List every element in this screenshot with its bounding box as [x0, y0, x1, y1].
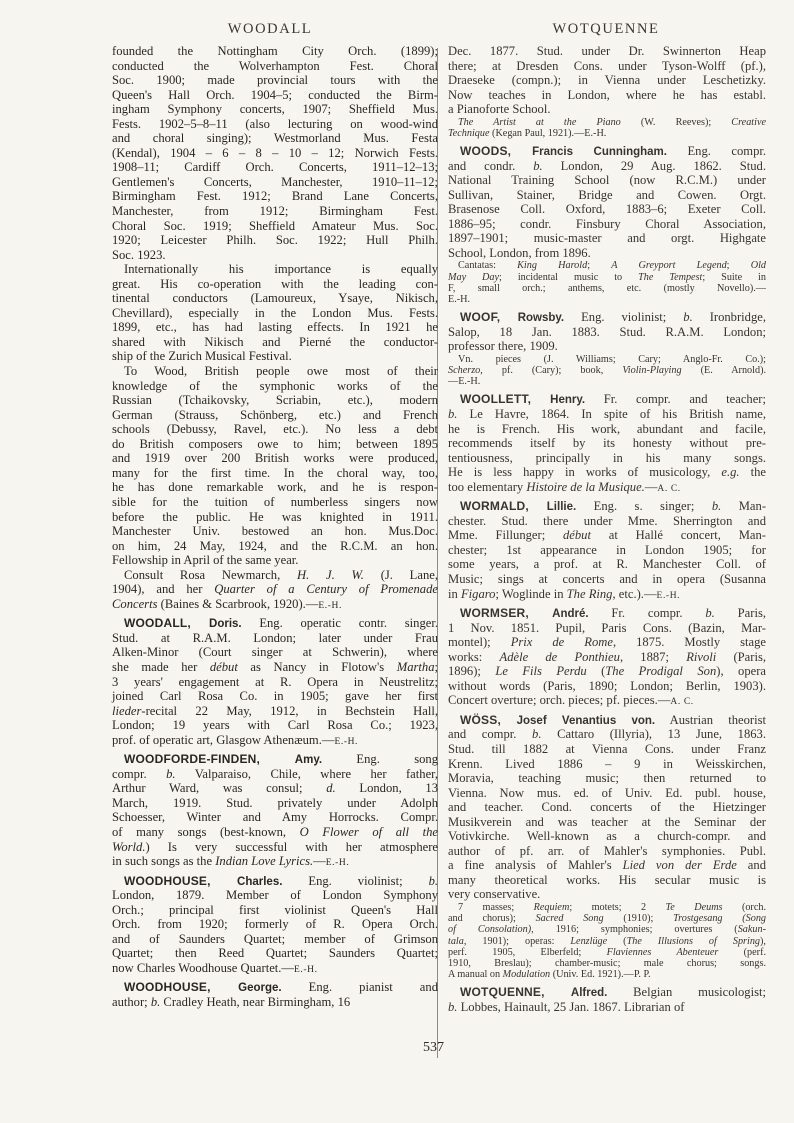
text-line: and 1919 over 200 British works were pro… [112, 451, 438, 466]
paragraph-gap [112, 1010, 438, 1015]
text-line: Russian (Tchaikovsky, Scriabin, etc.), m… [112, 393, 438, 408]
works-list-line: Vn. pieces (J. Williams; Cary; Anglo-Fr.… [448, 354, 766, 365]
text-line: 1897–1901; music-master and orgt. Highga… [448, 231, 766, 246]
text-line: German (Strauss, Schönberg, etc.) and Fr… [112, 408, 438, 423]
author-signature: E.-H. [326, 858, 350, 868]
text-line: School, London, from 1896. [448, 246, 766, 261]
entry-forename: Alfred. [571, 987, 607, 999]
text-line: Orch.; principal first violinist Queen's… [112, 903, 438, 918]
text-line: 3 years' engagement at R. Opera in Neust… [112, 675, 438, 690]
text-line: National Training School (now R.C.M.) un… [448, 173, 766, 188]
text-line: great. His co-operation with the leading… [112, 277, 438, 292]
entry-first-line: WÖSS, Josef Venantius von. Austrian theo… [448, 713, 766, 728]
text-line: chester; 1st appearance in London 1905; … [448, 543, 766, 558]
entry-forename: Charles. [237, 876, 282, 888]
text-line: author; b. Cradley Heath, near Birmingha… [112, 995, 438, 1010]
dictionary-entry: WOOF, Rowsby. Eng. violinist; b. Ironbri… [448, 310, 766, 387]
entry-first-line: WOODALL, Doris. Eng. operatic contr. sin… [112, 616, 438, 631]
text-line: 1920; Leicester Philh. Soc. 1922; Hull P… [112, 233, 438, 248]
text-line: shared with Nikisch and Pierné the condu… [112, 335, 438, 350]
text-line: 1896); Le Fils Perdu (The Prodigal Son),… [448, 664, 766, 679]
works-list-line: and chorus); Sacred Song (1910); Trostge… [448, 913, 766, 924]
right-column: Dec. 1877. Stud. under Dr. Swinnerton He… [448, 44, 766, 1019]
text-line: in such songs as the Indian Love Lyrics.… [112, 854, 438, 869]
text-line: he has done remarkable work, and he is r… [112, 480, 438, 495]
text-line: Krenn. Lived 1886 – 9 in Weisskirchen, [448, 757, 766, 772]
text-line: b. Lobbes, Hainault, 25 Jan. 1867. Libra… [448, 1000, 766, 1015]
text-line: Stud. at R.A.M. London; later under Frau [112, 631, 438, 646]
text-line: sible for the tuition of numberless sing… [112, 495, 438, 510]
text-line: knowledge of the symphonic works of the [112, 379, 438, 394]
text-line: ingham Symphony concerts, 1907; Sheffiel… [112, 102, 438, 117]
dictionary-entry: WORMSER, André. Fr. compr. b. Paris,1 No… [448, 606, 766, 708]
left-column: founded the Nottingham City Orch. (1899)… [112, 44, 438, 1015]
text-line: London; 19 years with Carl Rosa Co.; 192… [112, 718, 438, 733]
dictionary-entry: WORMALD, Lillie. Eng. s. singer; b. Man-… [448, 499, 766, 601]
text-line: Soc. 1900; made provincial tours with th… [112, 73, 438, 88]
text-line: a fine analysis of Mahler's Lied von der… [448, 858, 766, 873]
text-line: author of pf. arr. of Mahler's symphonie… [448, 844, 766, 859]
text-line: before the public. He was knighted in 19… [112, 510, 438, 525]
text-line: he is French. His work, abundant and fac… [448, 422, 766, 437]
consult-line: Concerts (Baines & Scarbrook, 1920).—E.-… [112, 597, 438, 612]
text-line: a Pianoforte School. [448, 102, 766, 117]
author-signature: E.-H. [657, 591, 681, 601]
dictionary-entry: WOODHOUSE, George. Eng. pianist andautho… [112, 980, 438, 1009]
text-line: Manchester Univ. bestowed an hon. Mus.Do… [112, 524, 438, 539]
text-line: founded the Nottingham City Orch. (1899)… [112, 44, 438, 59]
text-line: Arthur Ward, was consul; d. London, 13 [112, 781, 438, 796]
entry-forename: André. [552, 608, 588, 620]
entry-first-line: WOODFORDE-FINDEN, Amy. Eng. song [112, 752, 438, 767]
text-line: very conservative. [448, 887, 766, 902]
text-line: many for the first time. In the choral w… [112, 466, 438, 481]
dictionary-entry: WOODS, Francis Cunningham. Eng. compr.an… [448, 144, 766, 305]
text-line: and of Saunders Quartet; member of Grims… [112, 932, 438, 947]
works-list-line: perf. 1905, Elberfeld; Flaviennes Abente… [448, 947, 766, 958]
text-line: ship of the Zurich Musical Festival. [112, 349, 438, 364]
text-line: He is less happy in works of musicology,… [448, 465, 766, 480]
entry-headword: WOOF, [460, 310, 518, 324]
entry-headword: WOODFORDE-FINDEN, [124, 752, 295, 766]
text-line: London, 1879. Member of London Symphony [112, 888, 438, 903]
text-line: there; at Dresden Cons. under Tyson-Wolf… [448, 59, 766, 74]
text-line: do British composers owe to him; between… [112, 437, 438, 452]
works-list-line: Scherzo, pf. (Cary); book, Violin-Playin… [448, 365, 766, 376]
entry-headword: WORMSER, [460, 606, 552, 620]
works-list-line: of Consolation), 1916; symphonies; overt… [448, 924, 766, 935]
entry-first-line: WORMSER, André. Fr. compr. b. Paris, [448, 606, 766, 621]
text-line: Orch. from 1920; formerly of R. Opera Or… [112, 917, 438, 932]
text-line: prof. of operatic art, Glasgow Athenæum.… [112, 733, 438, 748]
text-line: in Figaro; Woglinde in The Ring, etc.).—… [448, 587, 766, 602]
author-signature: A. C. [657, 484, 680, 494]
text-line: of many songs (best-known, O Flower of a… [112, 825, 438, 840]
text-line: professor there, 1909. [448, 339, 766, 354]
text-line: (Kendal), 1904 – 6 – 8 – 10 – 12; Norwic… [112, 146, 438, 161]
works-list-line: The Artist at the Piano (W. Reeves); Cre… [448, 117, 766, 128]
text-line: she made her début as Nancy in Flotow's … [112, 660, 438, 675]
works-list-line: 7 masses; Requiem; motets; 2 Te Deums (o… [448, 902, 766, 913]
running-head-right: WOTQUENNE [446, 21, 766, 38]
entry-first-line: WOODHOUSE, Charles. Eng. violinist; b. [112, 874, 438, 889]
dictionary-entry: WÖSS, Josef Venantius von. Austrian theo… [448, 713, 766, 980]
text-line: tentiousness, principally in his many so… [448, 451, 766, 466]
text-line: To Wood, British people owe most of thei… [112, 364, 438, 379]
works-list-line: A manual on Modulation (Univ. Ed. 1921).… [448, 969, 766, 980]
dictionary-page: WOODALL WOTQUENNE founded the Nottingham… [0, 0, 794, 1123]
text-line: Manchester, from 1912; Birmingham Fest. [112, 204, 438, 219]
text-line: Gentlemen's Concerts, Manchester, 1910–1… [112, 175, 438, 190]
text-line: Vienna. Now mus. ed. of Univ. Ed. publ. … [448, 786, 766, 801]
dictionary-entry: WOTQUENNE, Alfred. Belgian musicologist;… [448, 985, 766, 1014]
entry-forename: George. [238, 982, 281, 994]
text-line: March, 1919. Stud. privately under Adolp… [112, 796, 438, 811]
text-line: works: Adèle de Ponthieu, 1887; Rivoli (… [448, 650, 766, 665]
text-line: Concert overture; orch. pieces; pf. piec… [448, 693, 766, 708]
text-line: lieder-recital 22 May, 1912, in Bechstei… [112, 704, 438, 719]
page-number: 537 [423, 1040, 444, 1056]
entry-first-line: WOODHOUSE, George. Eng. pianist and [112, 980, 438, 995]
text-line: Stud. till 1882 at Vienna Cons. under Fr… [448, 742, 766, 757]
entry-forename: Rowsby. [518, 312, 564, 324]
entry-first-line: WOOLLETT, Henry. Fr. compr. and teacher; [448, 392, 766, 407]
text-line: Chevillard), especially in the London Mu… [112, 306, 438, 321]
paragraph-gap [448, 1014, 766, 1019]
text-line: Dec. 1877. Stud. under Dr. Swinnerton He… [448, 44, 766, 59]
entry-forename: Lillie. [547, 501, 576, 513]
entry-forename: Josef Venantius von. [517, 715, 656, 727]
text-line: Moravia, teaching music; then returned t… [448, 771, 766, 786]
text-line: Alken-Minor (Court singer at Schwerin), … [112, 645, 438, 660]
text-line: and teacher. Cond. concerts of the Hietz… [448, 800, 766, 815]
text-line: 1908–11; Cardiff Orch. Concerts, 1911–12… [112, 160, 438, 175]
dictionary-entry: WOODHOUSE, Charles. Eng. violinist; b.Lo… [112, 874, 438, 976]
text-line: Brasenose Coll. Oxford, 1883–6; Exeter C… [448, 202, 766, 217]
entry-first-line: WOOF, Rowsby. Eng. violinist; b. Ironbri… [448, 310, 766, 325]
entry-forename: Henry. [550, 394, 585, 406]
consult-line: Consult Rosa Newmarch, H. J. W. (J. Lane… [112, 568, 438, 583]
author-signature: E.-H. [318, 601, 342, 611]
works-list-line: tala, 1901); operas: Lenzlüge (The Illus… [448, 936, 766, 947]
entry-first-line: WOTQUENNE, Alfred. Belgian musicologist; [448, 985, 766, 1000]
text-line: Birmingham Fest. 1912; Brand Lane Concer… [112, 189, 438, 204]
works-list-line: Cantatas: King Harold; A Greyport Legend… [448, 260, 766, 271]
works-list-line: —E.-H. [448, 376, 766, 387]
text-line: chester. Stud. there under Mme. Sherring… [448, 514, 766, 529]
author-signature: E.-H. [294, 965, 318, 975]
works-list-line: Technique (Kegan Paul, 1921).—E.-H. [448, 128, 766, 139]
text-line: World.) Is very successful with her atmo… [112, 840, 438, 855]
text-line: Internationally his importance is equall… [112, 262, 438, 277]
text-line: 1899, etc., has had lasting effects. In … [112, 320, 438, 335]
text-line: some years, a prof. at R. Manchester Col… [448, 557, 766, 572]
works-list-line: May Day; incidental music to The Tempest… [448, 272, 766, 283]
text-line: without words (Paris, 1890; London; Berl… [448, 679, 766, 694]
entry-forename: Amy. [295, 754, 322, 766]
works-list-line: E.-H. [448, 294, 766, 305]
text-line: Fests. 1902–5–8–11 (also lecturing on wo… [112, 117, 438, 132]
text-line: many theoretical works. His secular musi… [448, 873, 766, 888]
text-line: Quartet; then Reed Quartet; Saunders Qua… [112, 946, 438, 961]
entry-headword: WOODHOUSE, [124, 980, 238, 994]
text-line: and condr. b. London, 29 Aug. 1862. Stud… [448, 159, 766, 174]
text-line: Choral Soc. 1919; Sheffield Amateur Mus.… [112, 219, 438, 234]
text-line: Sullivan, Stainer, Bridge and Cowen. Org… [448, 188, 766, 203]
consult-line: 1904), and her Quarter of a Century of P… [112, 582, 438, 597]
text-line: tinental conductors (Lamoureux, Ysaye, N… [112, 291, 438, 306]
entry-forename: Francis Cunningham. [532, 146, 667, 158]
dictionary-entry: WOODALL, Doris. Eng. operatic contr. sin… [112, 616, 438, 747]
dictionary-entry: WOODFORDE-FINDEN, Amy. Eng. songcompr. b… [112, 752, 438, 868]
works-list-line: F, small orch.; anthems, etc. (mostly No… [448, 283, 766, 294]
text-line: conducted the Wolverhampton Fest. Choral [112, 59, 438, 74]
text-line: 1 Nov. 1851. Pupil, Paris Cons. (Bazin, … [448, 621, 766, 636]
dictionary-entry: WOOLLETT, Henry. Fr. compr. and teacher;… [448, 392, 766, 494]
text-line: Music; sings at concerts and in opera (S… [448, 572, 766, 587]
entry-headword: WORMALD, [460, 499, 547, 513]
running-head-left: WOODALL [110, 21, 430, 38]
text-line: Now teaches in London, where he has esta… [448, 88, 766, 103]
text-line: Queen's Hall Orch. 1904–5; conducted the… [112, 88, 438, 103]
text-line: Musikverein and was teacher at the Semin… [448, 815, 766, 830]
text-line: b. Le Havre, 1864. In spite of his Briti… [448, 407, 766, 422]
entry-forename: Doris. [209, 618, 242, 630]
entry-first-line: WOODS, Francis Cunningham. Eng. compr. [448, 144, 766, 159]
text-line: joined Carl Rosa Co. in 1905; gave her f… [112, 689, 438, 704]
entry-headword: WOODS, [460, 144, 532, 158]
author-signature: E.-H. [334, 737, 358, 747]
entry-first-line: WORMALD, Lillie. Eng. s. singer; b. Man- [448, 499, 766, 514]
entry-headword: WOOLLETT, [460, 392, 550, 406]
text-line: now Charles Woodhouse Quartet.—E.-H. [112, 961, 438, 976]
text-line: too elementary Histoire de la Musique.—A… [448, 480, 766, 495]
text-line: Soc. 1923. [112, 248, 438, 263]
entry-headword: WOTQUENNE, [460, 985, 571, 999]
text-line: and compr. b. Cattaro (Illyria), 13 June… [448, 727, 766, 742]
entry-headword: WÖSS, [460, 713, 517, 727]
text-line: Draeseke (compn.); in Vienna under Lesch… [448, 73, 766, 88]
author-signature: A. C. [670, 697, 693, 707]
text-line: Salop, 18 Jan. 1883. Stud. R.A.M. London… [448, 325, 766, 340]
entry-headword: WOODALL, [124, 616, 209, 630]
text-line: schools (Debussy, Ravel, etc.). No less … [112, 422, 438, 437]
text-line: montel); Prix de Rome, 1875. Mostly stag… [448, 635, 766, 650]
entry-headword: WOODHOUSE, [124, 874, 237, 888]
works-list-line: 1910, Breslau); chamber-music; male chor… [448, 958, 766, 969]
text-line: Votivkirche. Well-known as a church-comp… [448, 829, 766, 844]
text-line: 1886–95; condr. Finsbury Choral Associat… [448, 217, 766, 232]
text-line: recommends itself by its honesty without… [448, 436, 766, 451]
text-line: Fellowship in April of the same year. [112, 553, 438, 568]
text-line: on him, 24 May, 1924, and the R.C.M. an … [112, 539, 438, 554]
text-line: Mme. Fillunger; début at Hallé concert, … [448, 528, 766, 543]
text-line: compr. b. Valparaiso, Chile, where her f… [112, 767, 438, 782]
text-line: Schoesser, Winter and Amy Horrocks. Comp… [112, 810, 438, 825]
text-line: and choral singing); Westmorland Mus. Fe… [112, 131, 438, 146]
